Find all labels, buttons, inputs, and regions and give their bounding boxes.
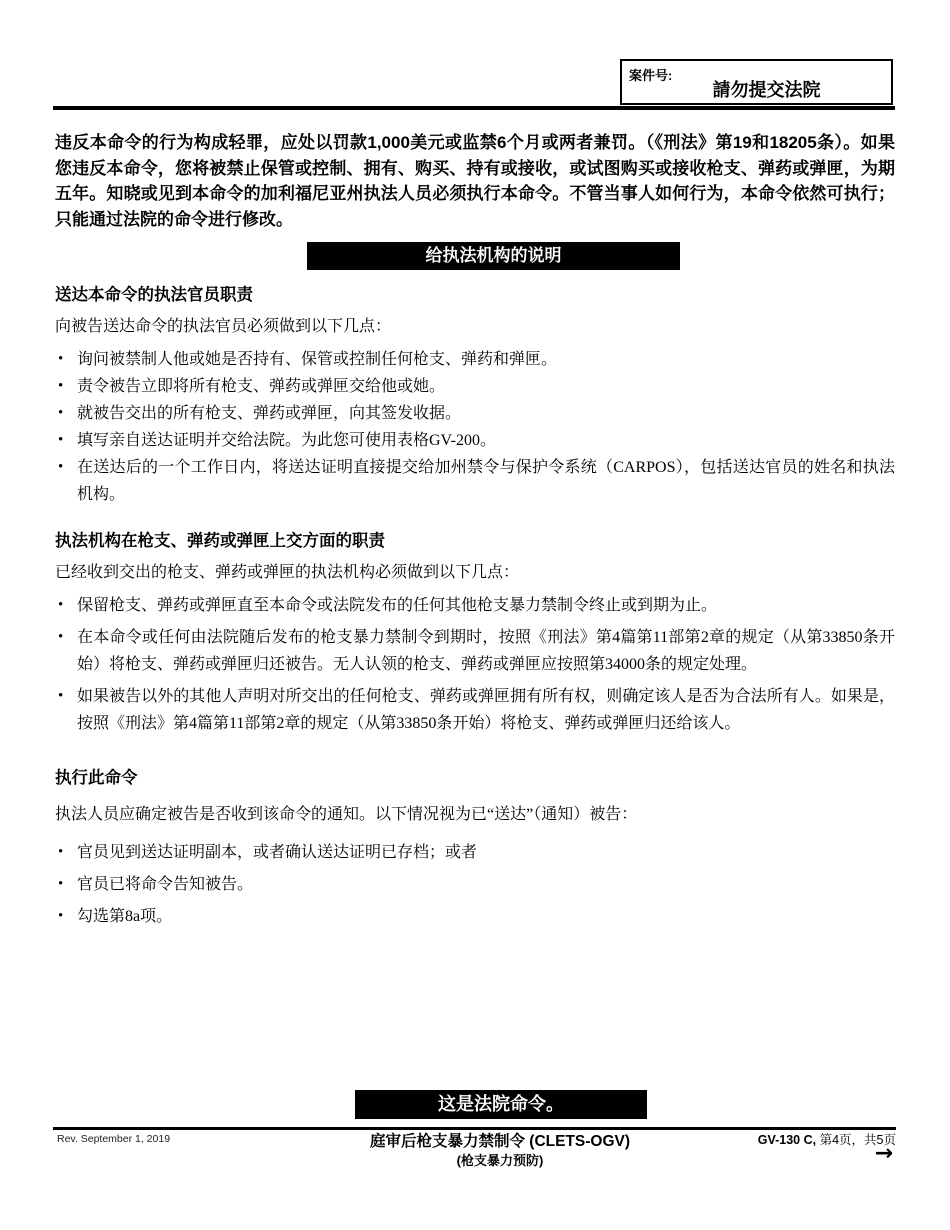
bullet-item: 询问被禁制人他或她是否持有、保管或控制任何枪支、弹药和弹匣。 [55, 346, 895, 373]
do-not-file-notice: 請勿提交法院 [662, 76, 871, 102]
bullet-item: 官员已将命令告知被告。 [55, 871, 895, 898]
case-number-box: 案件号: 請勿提交法院 [620, 59, 893, 105]
section-heading: 执法机构在枪支、弹药或弹匣上交方面的职责 [55, 530, 895, 552]
bullet-list: 询问被禁制人他或她是否持有、保管或控制任何枪支、弹药和弹匣。 责令被告立即将所有… [55, 346, 895, 508]
section-intro: 执法人员应确定被告是否收到该命令的通知。以下情况视为已“送达”（通知）被告： [55, 803, 895, 827]
form-subtitle: (枪支暴力预防) [255, 1152, 745, 1170]
bullet-item: 如果被告以外的其他人声明对所交出的任何枪支、弹药或弹匣拥有所有权，则确定该人是否… [55, 683, 895, 737]
bullet-list: 官员见到送达证明副本，或者确认送达证明已存档；或者 官员已将命令告知被告。 勾选… [55, 839, 895, 930]
main-content: 违反本命令的行为构成轻罪，应处以罚款1,000美元或监禁6个月或两者兼罚。（《刑… [55, 130, 895, 935]
bullet-item: 官员见到送达证明副本，或者确认送达证明已存档；或者 [55, 839, 895, 866]
section-heading: 执行此命令 [55, 767, 895, 789]
form-title: 庭审后枪支暴力禁制令 (CLETS-OGV) [255, 1131, 745, 1152]
continue-arrow-icon: → [875, 1143, 893, 1165]
section-heading: 送达本命令的执法官员职责 [55, 284, 895, 306]
bullet-item: 在本命令或任何由法院随后发布的枪支暴力禁制令到期时，按照《刑法》第4篇第11部第… [55, 624, 895, 678]
form-number: GV-130 C, [758, 1133, 816, 1147]
section-serving-officer-duties: 送达本命令的执法官员职责 向被告送达命令的执法官员必须做到以下几点： 询问被禁制… [55, 284, 895, 508]
court-order-banner: 这是法院命令。 [355, 1090, 647, 1119]
bullet-item: 就被告交出的所有枪支、弹药或弹匣，向其签发收据。 [55, 400, 895, 427]
bullet-item: 填写亲自送达证明并交给法院。为此您可使用表格GV-200。 [55, 427, 895, 454]
bullet-item: 保留枪支、弹药或弹匣直至本命令或法院发布的任何其他枪支暴力禁制令终止或到期为止。 [55, 592, 895, 619]
document-page: 案件号: 請勿提交法院 违反本命令的行为构成轻罪，应处以罚款1,000美元或监禁… [0, 0, 950, 1230]
bullet-list: 保留枪支、弹药或弹匣直至本命令或法院发布的任何其他枪支暴力禁制令终止或到期为止。… [55, 592, 895, 737]
section-intro: 向被告送达命令的执法官员必须做到以下几点： [55, 315, 895, 339]
header-rule [53, 106, 895, 110]
law-enforcement-instructions-banner: 给执法机构的说明 [307, 242, 680, 270]
section-agency-surrender-duties: 执法机构在枪支、弹药或弹匣上交方面的职责 已经收到交出的枪支、弹药或弹匣的执法机… [55, 530, 895, 737]
violation-warning-paragraph: 违反本命令的行为构成轻罪，应处以罚款1,000美元或监禁6个月或两者兼罚。（《刑… [55, 130, 895, 232]
section-enforcing-order: 执行此命令 执法人员应确定被告是否收到该命令的通知。以下情况视为已“送达”（通知… [55, 767, 895, 930]
section-intro: 已经收到交出的枪支、弹药或弹匣的执法机构必须做到以下几点： [55, 561, 895, 585]
bullet-item: 责令被告立即将所有枪支、弹药或弹匣交给他或她。 [55, 373, 895, 400]
form-title-block: 庭审后枪支暴力禁制令 (CLETS-OGV) (枪支暴力预防) [255, 1131, 745, 1170]
revision-date: Rev. September 1, 2019 [57, 1133, 170, 1145]
bullet-item: 在送达后的一个工作日内，将送达证明直接提交给加州禁令与保护令系统（CARPOS）… [55, 454, 895, 508]
bullet-item: 勾选第8a项。 [55, 903, 895, 930]
